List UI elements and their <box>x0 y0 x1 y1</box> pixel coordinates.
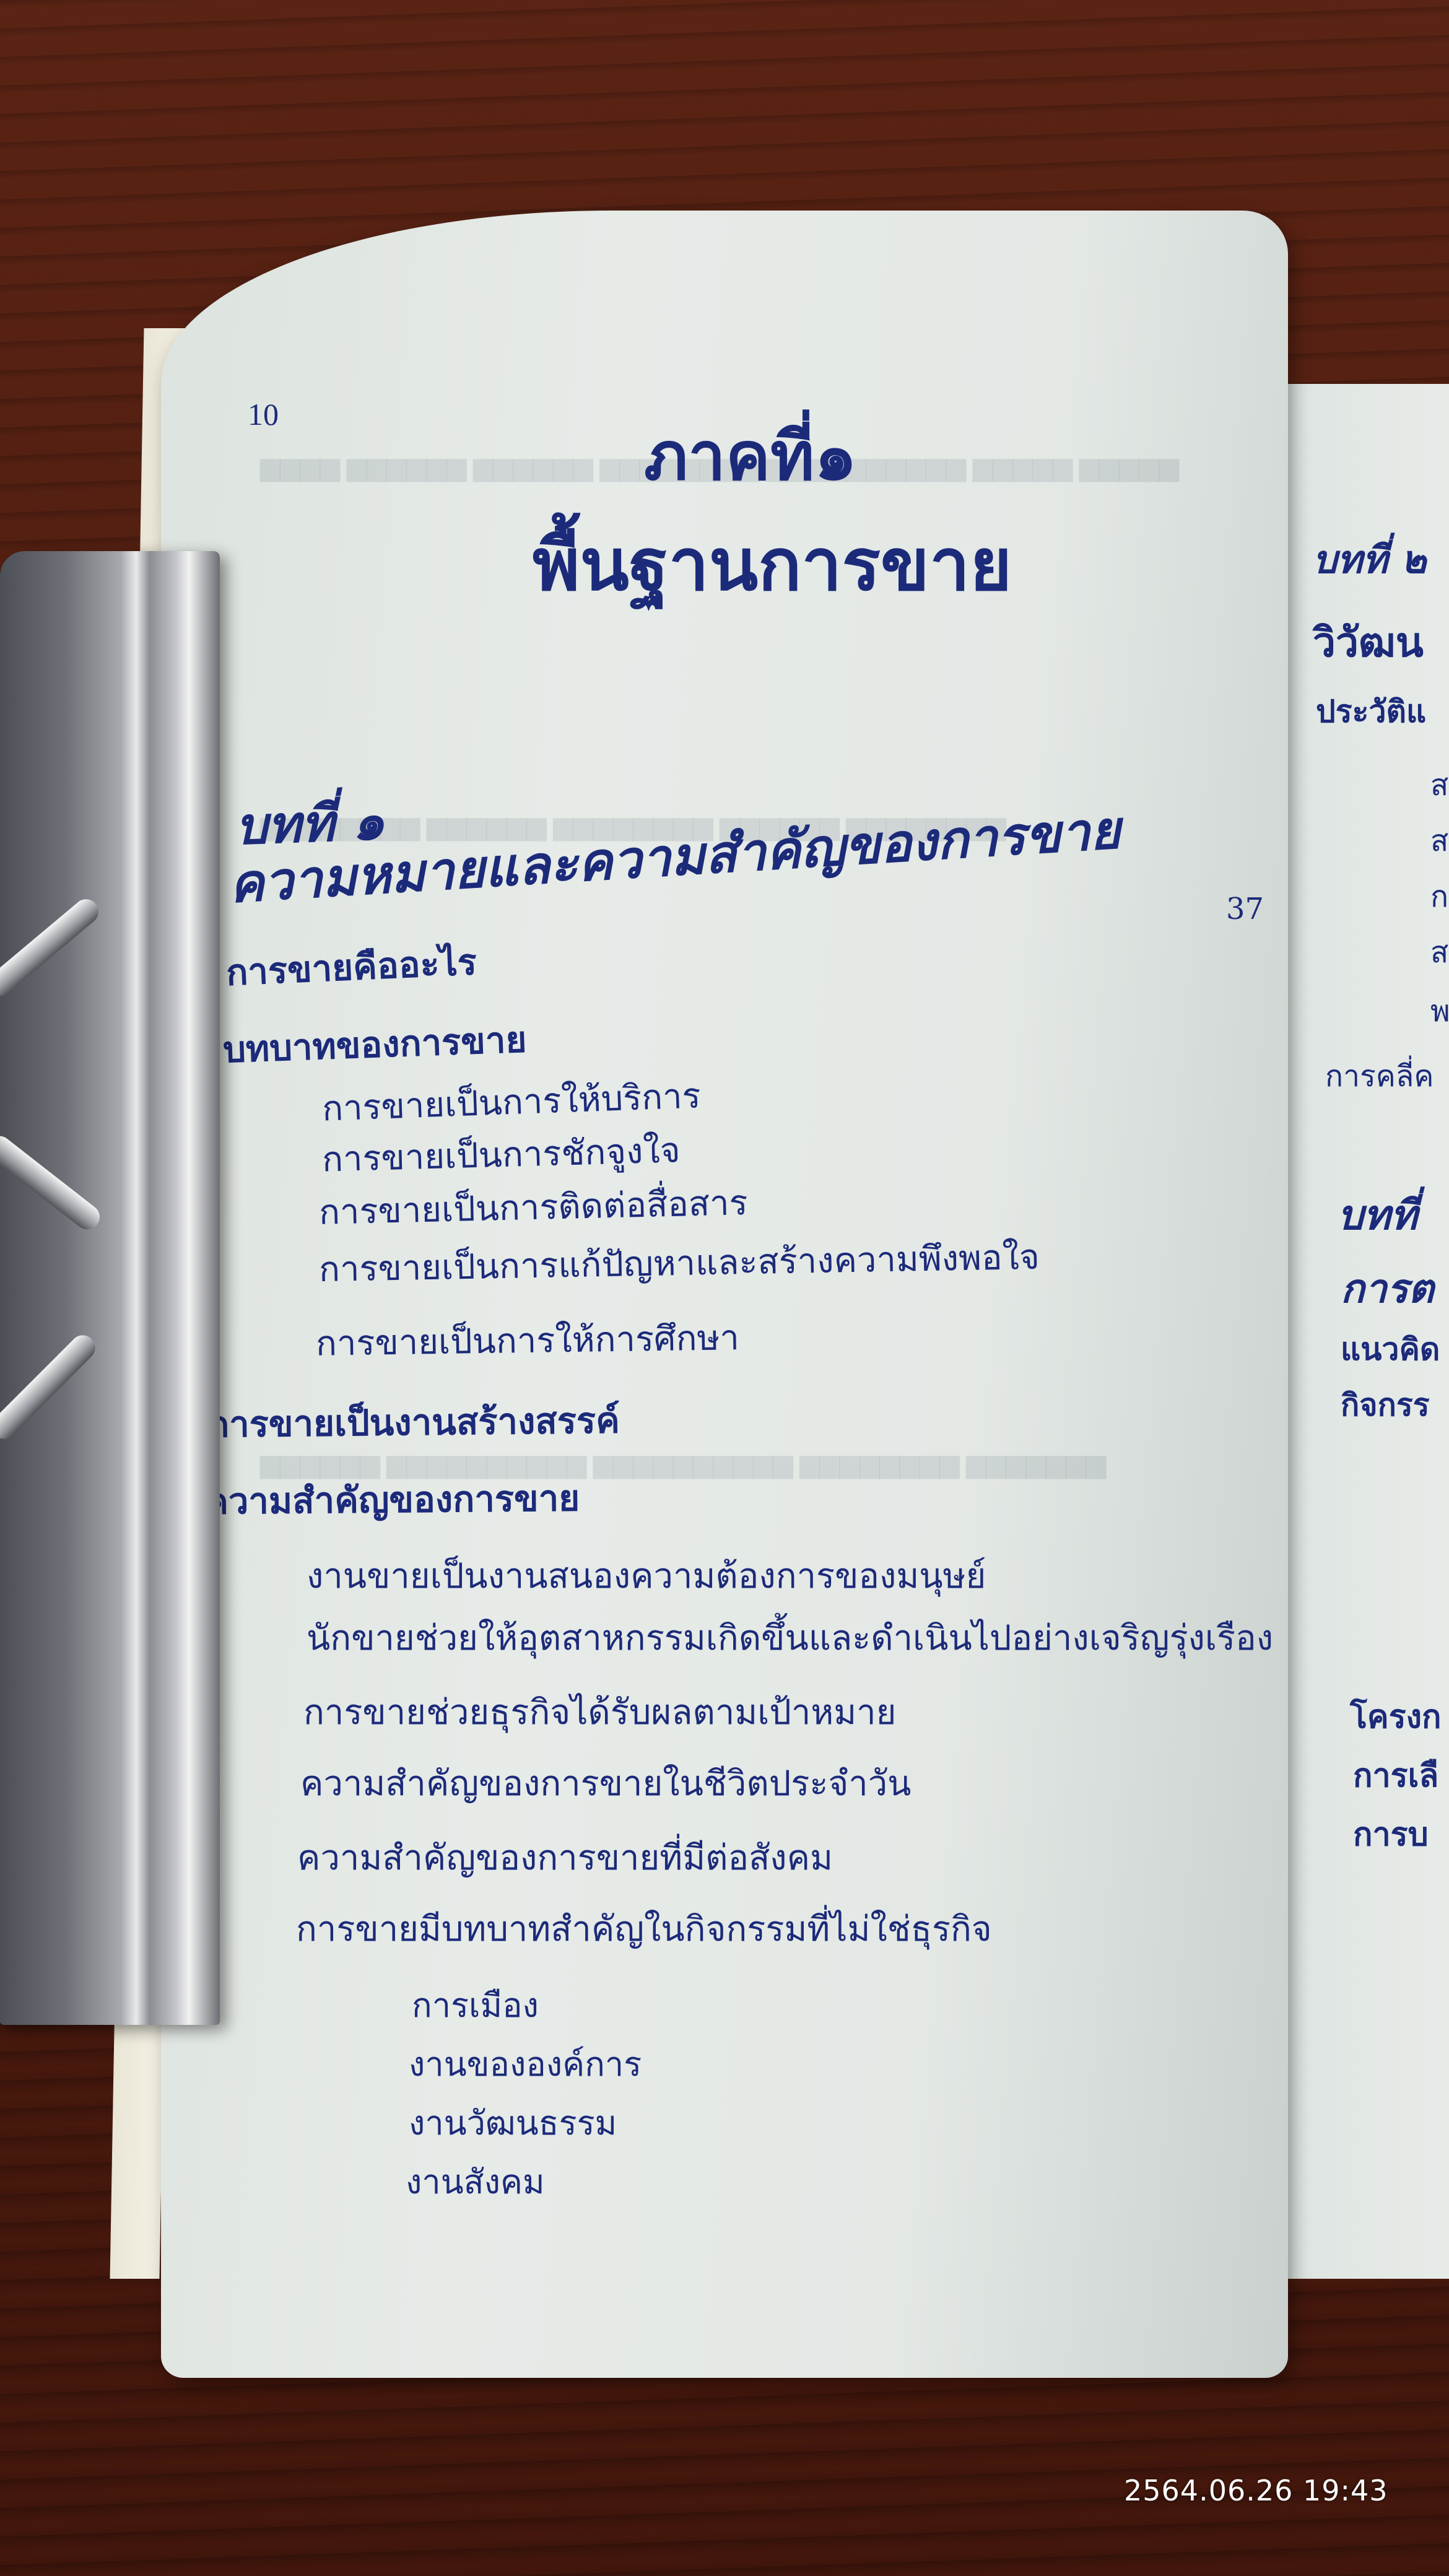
toc-heading: ความสำคัญของการขาย <box>204 1469 580 1529</box>
toc-subitem: งานสังคม <box>406 2155 545 2208</box>
toc-item: ความสำคัญของการขายในชีวิตประจำวัน <box>300 1756 911 1811</box>
clip-wire <box>0 1330 100 1444</box>
metal-binder-clip <box>0 551 220 2025</box>
part-label: ภาคที่๑ <box>644 402 857 509</box>
clip-wire <box>0 894 103 1001</box>
right-toc-heading: โครงก <box>1350 1690 1442 1742</box>
right-toc-item: พ <box>1430 988 1449 1035</box>
toc-heading: การขายเป็นงานสร้างสรรค์ <box>207 1391 620 1453</box>
right-toc-item: ส <box>1430 762 1448 809</box>
right-toc-item: ส <box>1430 817 1448 864</box>
clip-wire <box>0 1131 105 1235</box>
toc-item: นักขายช่วยให้อุตสาหกรรมเกิดขึ้นและดำเนิน… <box>307 1610 1273 1665</box>
toc-item: การขายเป็นการติดต่อสื่อสาร <box>318 1175 748 1240</box>
toc-heading: บทบาทของการขาย <box>222 1010 528 1078</box>
toc-heading: การขายคืออะไร <box>225 933 478 1001</box>
right-chapter-title: การต <box>1341 1257 1434 1320</box>
right-toc-heading: การบ <box>1353 1808 1429 1860</box>
toc-item: การขายช่วยธุรกิจได้รับผลตามเป้าหมาย <box>303 1684 896 1739</box>
right-chapter-label: บทที่ ๒ <box>1313 529 1427 590</box>
toc-item: งานขายเป็นงานสนองความต้องการของมนุษย์ <box>307 1548 986 1603</box>
toc-item: การขายมีบทบาทสำคัญในกิจกรรมที่ไม่ใช่ธุรก… <box>296 1901 992 1956</box>
toc-subitem: การเมือง <box>412 1978 539 2032</box>
photo-timestamp: 2564.06.26 19:43 <box>1124 2474 1388 2507</box>
toc-item: ความสำคัญของการขายที่มีต่อสังคม <box>297 1830 833 1885</box>
right-toc-heading: แนวคิด <box>1341 1325 1440 1374</box>
right-toc-heading: การคลี่ค <box>1325 1053 1434 1100</box>
right-toc-item: ก <box>1430 873 1448 920</box>
handwritten-page-number: 37 <box>1226 892 1264 926</box>
right-toc-heading: กิจกรร <box>1341 1381 1430 1430</box>
right-chapter-title: วิวัฒน <box>1313 610 1424 675</box>
toc-item: การขายเป็นการให้การศึกษา <box>315 1310 739 1371</box>
right-toc-heading: ประวัติแ <box>1316 687 1426 736</box>
right-chapter-label: บทที่ <box>1338 1183 1417 1248</box>
right-toc-heading: การเลื <box>1353 1749 1438 1801</box>
page-number: 10 <box>248 396 279 432</box>
toc-subitem: งานวัฒนธรรม <box>409 2096 617 2149</box>
right-toc-item: ส <box>1430 929 1448 976</box>
toc-subitem: งานขององค์การ <box>409 2037 642 2091</box>
part-title: พื้นฐานการขาย <box>533 508 1012 622</box>
